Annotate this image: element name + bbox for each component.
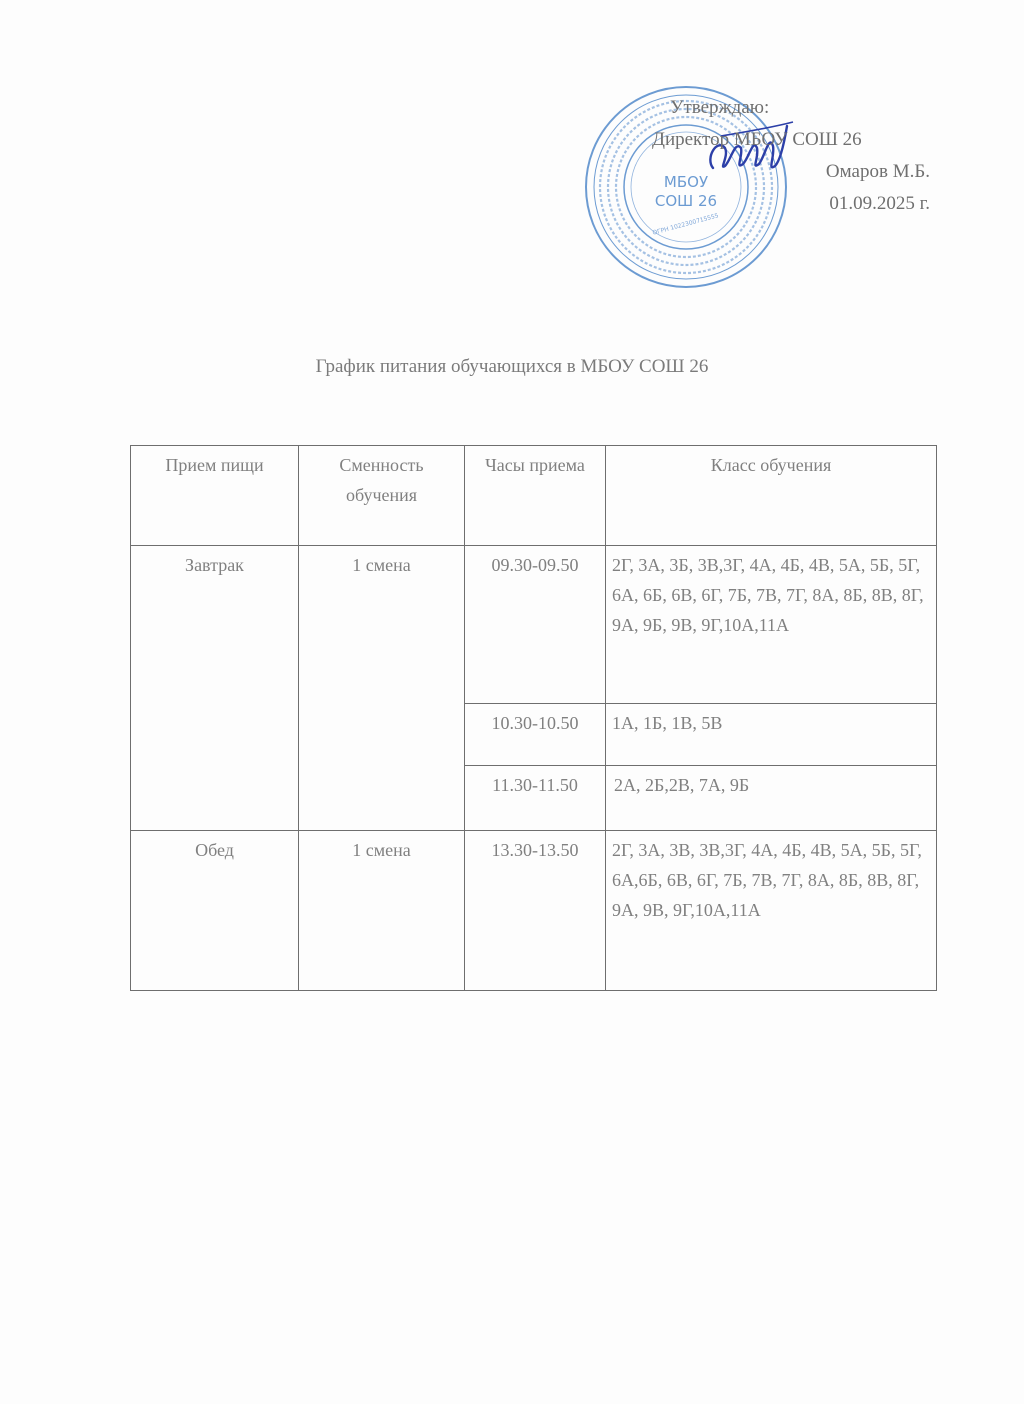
classes-cell: 2А, 2Б,2В, 7А, 9Б — [606, 766, 937, 831]
meal-cell: Завтрак — [131, 546, 299, 831]
approval-block: Утверждаю: Директор МБОУ СОШ 26 Омаров М… — [640, 92, 930, 220]
header-meal: Прием пищи — [131, 446, 299, 546]
meal-cell: Обед — [131, 831, 299, 991]
table-header-row: Прием пищи Сменность обучения Часы прием… — [131, 446, 937, 546]
time-cell: 11.30-11.50 — [465, 766, 606, 831]
document-page: МБОУ СОШ 26 ОГРН 1022300715555 Утверждаю… — [0, 0, 1024, 1404]
time-cell: 13.30-13.50 — [465, 831, 606, 991]
table-row: Обед 1 смена 13.30-13.50 2Г, 3А, 3В, 3В,… — [131, 831, 937, 991]
meal-schedule-table: Прием пищи Сменность обучения Часы прием… — [130, 445, 937, 991]
approval-heading: Утверждаю: — [640, 92, 930, 124]
classes-cell: 2Г, 3А, 3Б, 3В,3Г, 4А, 4Б, 4В, 5А, 5Б, 5… — [606, 546, 937, 704]
shift-cell: 1 смена — [299, 831, 465, 991]
time-cell: 10.30-10.50 — [465, 704, 606, 766]
document-title: График питания обучающихся в МБОУ СОШ 26 — [0, 356, 1024, 378]
shift-cell: 1 смена — [299, 546, 465, 831]
table-row: Завтрак 1 смена 09.30-09.50 2Г, 3А, 3Б, … — [131, 546, 937, 704]
classes-cell: 2Г, 3А, 3В, 3В,3Г, 4А, 4Б, 4В, 5А, 5Б, 5… — [606, 831, 937, 991]
header-class: Класс обучения — [606, 446, 937, 546]
classes-cell: 1А, 1Б, 1В, 5В — [606, 704, 937, 766]
header-hours: Часы приема — [465, 446, 606, 546]
header-shift: Сменность обучения — [299, 446, 465, 546]
approval-position: Директор МБОУ СОШ 26 — [640, 124, 930, 156]
approval-signatory: Омаров М.Б. — [640, 156, 930, 188]
approval-date: 01.09.2025 г. — [640, 188, 930, 220]
time-cell: 09.30-09.50 — [465, 546, 606, 704]
